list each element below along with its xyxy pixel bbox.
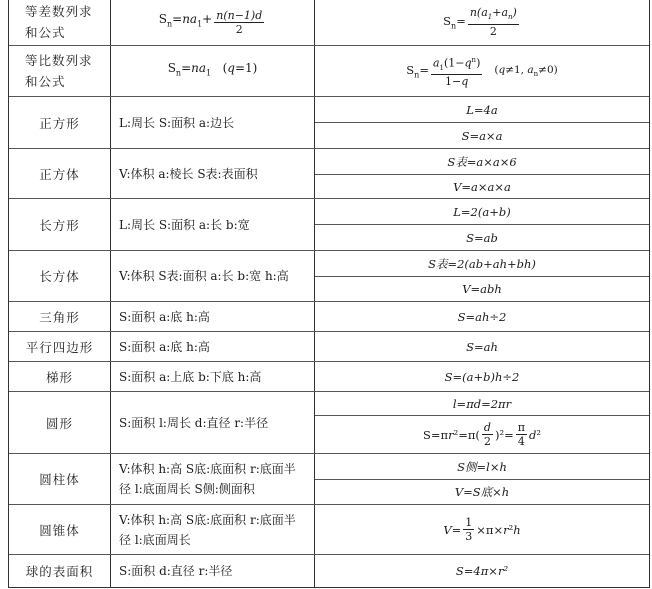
formula: S=a×a	[315, 123, 649, 148]
formula: V=a×a×a	[315, 175, 649, 198]
formula: L=4a	[315, 97, 649, 123]
row-description: S:面积 l:周长 d:直径 r:半径	[111, 392, 315, 453]
formula: S表=2(ab+ah+bh)	[315, 251, 649, 277]
formula: S=πr²=π( d2 )²= π4 d²	[315, 416, 649, 453]
row-name: 球的表面积	[9, 555, 111, 587]
formula: l=πd=2πr	[315, 392, 649, 416]
row-formulas: l=πd=2πr S=πr²=π( d2 )²= π4 d²	[315, 392, 649, 453]
table-row: 球的表面积 S:面积 d:直径 r:半径 S=4π×r²	[9, 555, 649, 587]
formula: S表=a×a×6	[315, 149, 649, 175]
row-description: V:体积 h:高 S底:底面积 r:底面半径 l:底面周长	[111, 505, 315, 554]
table-row: 长方形 L:周长 S:面积 a:长 b:宽 L=2(a+b) S=ab	[9, 199, 649, 251]
table-row: 梯形 S:面积 a:上底 b:下底 h:高 S=(a+b)h÷2	[9, 362, 649, 392]
row-formulas: L=4a S=a×a	[315, 97, 649, 148]
row-formulas: S=ah÷2	[315, 302, 649, 331]
row-formulas: V= 13 ×π×r²h	[315, 505, 649, 554]
row-formulas: S表=2(ab+ah+bh) V=abh	[315, 251, 649, 301]
row-name: 圆锥体	[9, 505, 111, 554]
row-description: L:周长 S:面积 a:长 b:宽	[111, 199, 315, 250]
row-name: 正方形	[9, 97, 111, 148]
table-row: 圆锥体 V:体积 h:高 S底:底面积 r:底面半径 l:底面周长 V= 13 …	[9, 505, 649, 555]
formula: S=ab	[315, 225, 649, 250]
table-row: 长方体 V:体积 S表:面积 a:长 b:宽 h:高 S表=2(ab+ah+bh…	[9, 251, 649, 302]
formula: Sn= a1(1−qn)1−q (q≠1, an≠0)	[315, 46, 649, 96]
table-row: 平行四边形 S:面积 a:底 h:高 S=ah	[9, 332, 649, 362]
row-description: S:面积 a:底 h:高	[111, 332, 315, 361]
row-formulas: S表=a×a×6 V=a×a×a	[315, 149, 649, 198]
formula: S侧=l×h	[315, 454, 649, 480]
row-name: 等比数列求和公式	[9, 46, 111, 96]
table-row: 正方形 L:周长 S:面积 a:边长 L=4a S=a×a	[9, 97, 649, 149]
table-row: 正方体 V:体积 a:棱长 S表:表面积 S表=a×a×6 V=a×a×a	[9, 149, 649, 199]
formula-table: 等差数列求和公式 Sn=na1+ n(n−1)d2 Sn= n(a1+an)2 …	[8, 0, 650, 588]
formula: L=2(a+b)	[315, 199, 649, 225]
table-row: 圆形 S:面积 l:周长 d:直径 r:半径 l=πd=2πr S=πr²=π(…	[9, 392, 649, 454]
formula: S=4π×r²	[315, 555, 649, 586]
row-description: S:面积 a:底 h:高	[111, 302, 315, 331]
row-description: S:面积 d:直径 r:半径	[111, 555, 315, 587]
row-formulas: S=ah	[315, 332, 649, 361]
row-formulas: S=(a+b)h÷2	[315, 362, 649, 391]
row-description: V:体积 S表:面积 a:长 b:宽 h:高	[111, 251, 315, 301]
table-row: 圆柱体 V:体积 h:高 S底:底面积 r:底面半径 l:底面周长 S侧:侧面积…	[9, 454, 649, 505]
row-name: 等差数列求和公式	[9, 0, 111, 45]
row-formulas: Sn= a1(1−qn)1−q (q≠1, an≠0)	[315, 46, 649, 96]
row-name: 圆形	[9, 392, 111, 453]
formula: S=ah÷2	[315, 302, 649, 331]
row-name: 圆柱体	[9, 454, 111, 504]
row-name: 长方形	[9, 199, 111, 250]
formula: V= 13 ×π×r²h	[315, 505, 649, 554]
table-row: 等比数列求和公式 Sn=na1 (q=1) Sn= a1(1−qn)1−q (q…	[9, 46, 649, 97]
row-name: 长方体	[9, 251, 111, 301]
formula: V=abh	[315, 277, 649, 301]
formula: Sn= n(a1+an)2	[315, 0, 649, 45]
row-name: 平行四边形	[9, 332, 111, 361]
row-formulas: S=4π×r²	[315, 555, 649, 587]
table-row: 等差数列求和公式 Sn=na1+ n(n−1)d2 Sn= n(a1+an)2	[9, 0, 649, 46]
row-description: Sn=na1 (q=1)	[111, 46, 315, 96]
row-description: V:体积 a:棱长 S表:表面积	[111, 149, 315, 198]
row-formulas: L=2(a+b) S=ab	[315, 199, 649, 250]
row-name: 正方体	[9, 149, 111, 198]
formula: S=(a+b)h÷2	[315, 362, 649, 391]
formula: V=S底×h	[315, 480, 649, 504]
row-description: S:面积 a:上底 b:下底 h:高	[111, 362, 315, 391]
row-formulas: Sn= n(a1+an)2	[315, 0, 649, 45]
row-name: 梯形	[9, 362, 111, 391]
row-description: L:周长 S:面积 a:边长	[111, 97, 315, 148]
table-row: 三角形 S:面积 a:底 h:高 S=ah÷2	[9, 302, 649, 332]
row-name: 三角形	[9, 302, 111, 331]
formula: S=ah	[315, 332, 649, 361]
row-description: V:体积 h:高 S底:底面积 r:底面半径 l:底面周长 S侧:侧面积	[111, 454, 315, 504]
row-description: Sn=na1+ n(n−1)d2	[111, 0, 315, 45]
row-formulas: S侧=l×h V=S底×h	[315, 454, 649, 504]
